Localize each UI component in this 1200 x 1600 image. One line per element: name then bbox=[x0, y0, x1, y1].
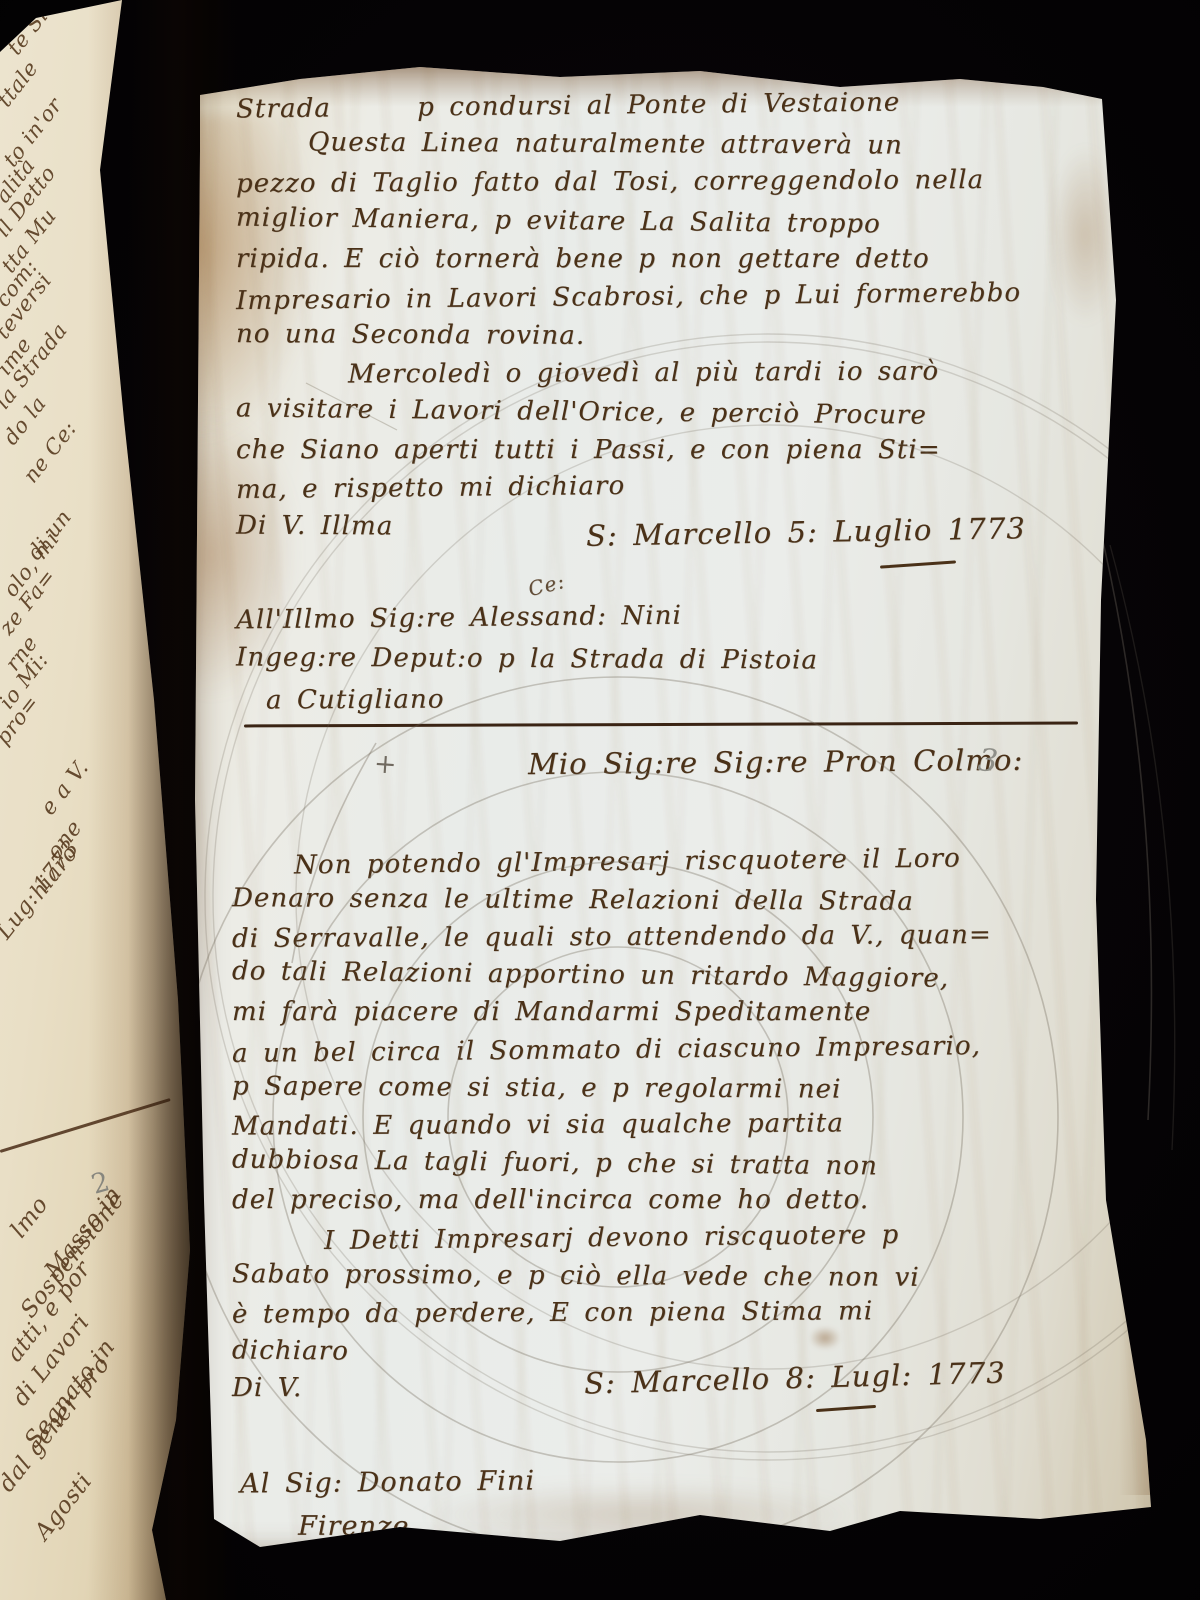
manuscript-line: pezzo di Taglio fatto dal Tosi, corregge… bbox=[236, 165, 984, 199]
manuscript-line: Non potendo gl'Impresarj riscquotere il … bbox=[294, 844, 961, 881]
manuscript-line: Di V. bbox=[232, 1373, 302, 1403]
page-edge-line bbox=[1110, 545, 1175, 1150]
manuscript-line: di Serravalle, le quali sto attendendo d… bbox=[232, 920, 992, 954]
address1-flourish: Ce: bbox=[526, 569, 568, 601]
letter2-signature: S: Marcello 8: Lugl: 1773 bbox=[584, 1355, 1007, 1400]
paper-stain bbox=[810, 1327, 840, 1349]
pencil-cross-mark: + bbox=[373, 748, 399, 781]
manuscript-line: Al Sig: Donato Fini bbox=[240, 1465, 535, 1499]
manuscript-line: Sabato prossimo, e p ciò ella vede che n… bbox=[232, 1259, 920, 1293]
manuscript-line: Di V. Illma bbox=[236, 511, 393, 542]
manuscript-line: a un bel circa il Sommato di ciascuno Im… bbox=[232, 1031, 981, 1069]
manuscript-line: che Siano aperti tutti i Passi, e con pi… bbox=[236, 435, 941, 465]
manuscript-line: Denaro senza le ultime Relazioni della S… bbox=[232, 883, 914, 917]
manuscript-line: no una Seconda rovina. bbox=[236, 319, 585, 351]
manuscript-line: p Sapere come si stia, e p regolarmi nei bbox=[232, 1071, 842, 1104]
page-edge-line bbox=[1098, 520, 1151, 1120]
manuscript-line: dubbiosa La tagli fuori, p che si tratta… bbox=[232, 1144, 878, 1181]
manuscript-line: Impresario in Lavori Scabrosi, che p Lui… bbox=[236, 278, 1021, 316]
manuscript-line: Questa Linea naturalmente attraverà un bbox=[308, 128, 903, 161]
signature-flourish-underline bbox=[880, 560, 956, 568]
letter1-signature: S: Marcello 5: Luglio 1773 bbox=[586, 511, 1026, 553]
manuscript-line: ripida. E ciò tornerà bene p non gettare… bbox=[236, 244, 930, 274]
manuscript-line: Strada p condursi al Ponte di Vestaione bbox=[236, 88, 901, 125]
manuscript-line: Ingeg:re Deput:o p la Strada di Pistoia bbox=[236, 642, 818, 675]
manuscript-line: dichiaro bbox=[232, 1335, 349, 1366]
manuscript-line: I Detti Impresarj devono riscquotere p bbox=[324, 1220, 900, 1256]
photo-background: te Siattaleto in'oralitàil Dettotta Muco… bbox=[0, 0, 1200, 1600]
manuscript-line: Mandati. E quando vi sia qualche partita bbox=[232, 1109, 844, 1142]
manuscript-line: è tempo da perdere, E con piena Stima mi bbox=[232, 1297, 873, 1330]
manuscript-line: miglior Maniera, p evitare La Salita tro… bbox=[236, 202, 881, 239]
manuscript-line: a Cutigliano bbox=[266, 685, 445, 716]
manuscript-line: del preciso, ma dell'incirca come ho det… bbox=[232, 1185, 869, 1215]
manuscript-line: mi farà piacere di Mandarmi Speditamente bbox=[232, 997, 871, 1027]
manuscript-page: Strada p condursi al Ponte di VestaioneQ… bbox=[180, 55, 1165, 1555]
manuscript-line: Mercoledì o giovedì al più tardi io sarò bbox=[348, 357, 939, 390]
letter2-salutation: Mio Sig:re Sig:re Pron Colmo: bbox=[528, 743, 1024, 781]
manuscript-line: do tali Relazioni apportino un ritardo M… bbox=[232, 956, 949, 994]
manuscript-line: ma, e rispetto mi dichiaro bbox=[236, 471, 626, 505]
section-divider-rule bbox=[244, 722, 1078, 728]
manuscript-line: a visitare i Lavori dell'Orice, e perciò… bbox=[236, 393, 927, 430]
signature-flourish-underline bbox=[816, 1405, 876, 1412]
manuscript-line: All'Illmo Sig:re Alessand: Nini bbox=[236, 601, 682, 636]
folio-page-number: 3 bbox=[976, 742, 1000, 780]
